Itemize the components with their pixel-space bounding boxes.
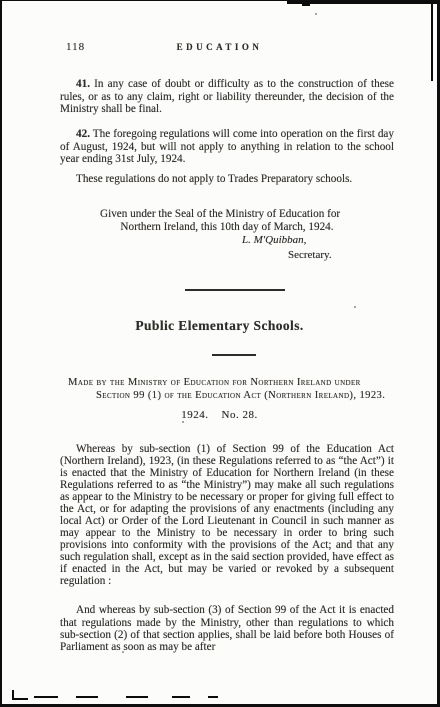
scan-speck xyxy=(315,13,317,15)
paragraph-41: 41. In any case of doubt or difficulty a… xyxy=(60,78,394,115)
scan-artifact-dash xyxy=(76,696,98,699)
paragraph-42: 42. The foregoing regulations will come … xyxy=(60,128,394,165)
seal-line-2: Northern Ireland, this 10th day of March… xyxy=(60,221,394,233)
made-by-statement: Made by the Ministry of Education for No… xyxy=(68,376,398,402)
paragraph-41-text: In any case of doubt or difficulty as to… xyxy=(60,78,394,115)
scan-speck xyxy=(354,306,356,308)
signature-name: L. M'Quibban, xyxy=(242,234,306,246)
whereas-clause-1: Whereas by sub-section (1) of Section 99… xyxy=(60,444,394,587)
section-heading: Public Elementary Schools. xyxy=(2,318,437,334)
trades-preparatory-note: These regulations do not apply to Trades… xyxy=(60,173,394,185)
signature-role: Secretary. xyxy=(288,249,332,261)
section-divider-rule xyxy=(185,289,285,291)
scan-speck xyxy=(122,651,124,653)
heading-underline-rule xyxy=(212,354,256,356)
whereas-clause-2: And whereas by sub-section (3) of Sectio… xyxy=(60,604,394,654)
scan-artifact-dash xyxy=(126,696,148,699)
paragraph-42-number: 42. xyxy=(76,128,90,140)
scan-artifact-dash xyxy=(172,696,190,699)
scan-artifact-dash xyxy=(34,696,58,699)
seal-line-1: Given under the Seal of the Ministry of … xyxy=(60,208,340,220)
paragraph-42-text: The foregoing regulations will come into… xyxy=(60,128,394,165)
regulation-serial-number: 1924. No. 28. xyxy=(2,409,437,421)
document-page: 118 EDUCATION 41. In any case of doubt o… xyxy=(2,1,437,704)
running-header: EDUCATION xyxy=(2,42,437,52)
scanned-page: 118 EDUCATION 41. In any case of doubt o… xyxy=(0,0,440,707)
scan-speck xyxy=(182,421,184,423)
seal-paragraph: Given under the Seal of the Ministry of … xyxy=(60,208,394,233)
scan-artifact-corner xyxy=(12,698,28,700)
scan-artifact-dash xyxy=(208,696,218,699)
scan-artifact-top-tick xyxy=(302,4,310,6)
paragraph-41-number: 41. xyxy=(76,78,90,90)
scan-artifact-right-line xyxy=(431,1,433,81)
